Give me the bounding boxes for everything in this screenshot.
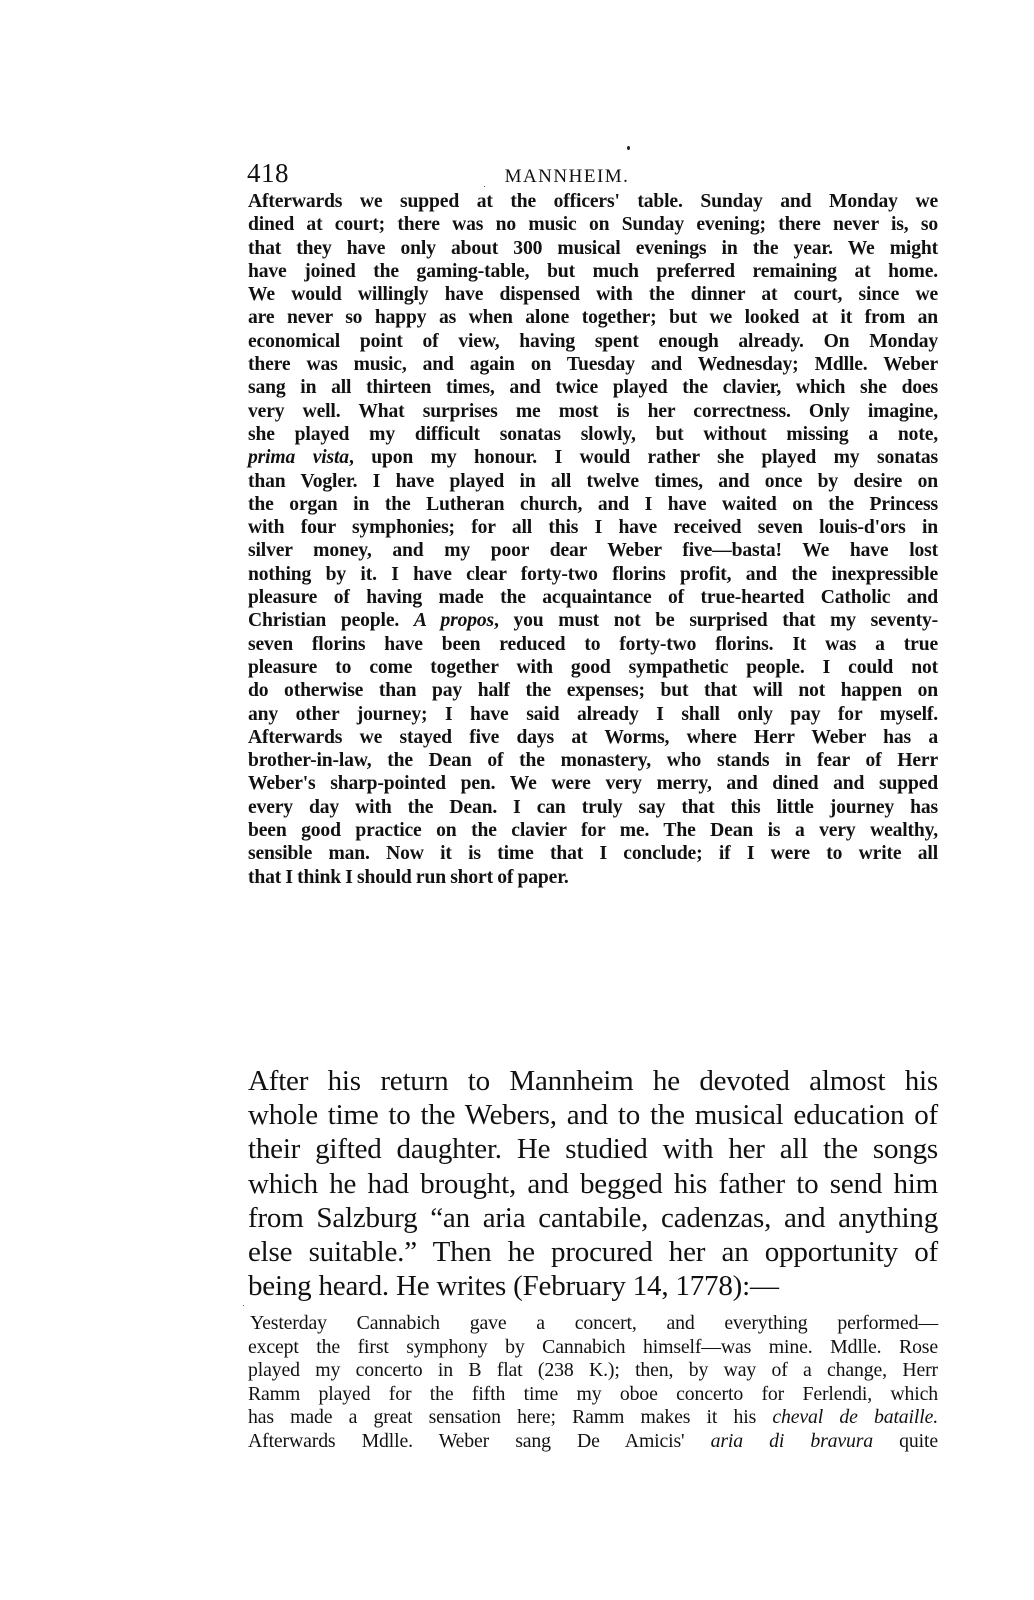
text-line: very well. What surprises me most is her… (248, 400, 938, 423)
text-line: We would willingly have dispensed with t… (248, 283, 938, 306)
text-line: After his return to Mannheim he devoted … (248, 1064, 938, 1098)
text-line: dined at court; there was no music on Su… (248, 213, 938, 236)
text-line: there was music, and again on Tuesday an… (248, 353, 938, 376)
text-line: pleasure to come together with good symp… (248, 656, 938, 679)
text-line: being heard. He writes (February 14, 177… (248, 1269, 938, 1303)
scan-speck (627, 146, 630, 150)
text-line: any other journey; I have said already I… (248, 703, 938, 726)
book-page: 418 MANNHEIM. Afterwards we supped at th… (0, 0, 1034, 1600)
text-line: Christian people. A propos, you must not… (248, 609, 938, 632)
text-line: sang in all thirteen times, and twice pl… (248, 376, 938, 399)
italic-phrase: cheval de bataille. (772, 1406, 938, 1428)
text-line: Ramm played for the fifth time my oboe c… (248, 1383, 938, 1407)
italic-phrase: aria di bravura (711, 1430, 873, 1452)
text-line: do otherwise than pay half the expenses;… (248, 679, 938, 702)
text-line: Yesterday Cannabich gave a concert, and … (248, 1312, 938, 1336)
italic-phrase: prima vista (248, 447, 349, 468)
text-line: sensible man. Now it is time that I conc… (248, 842, 938, 865)
running-head: MANNHEIM. (447, 166, 687, 188)
text-line: she played my difficult sonatas slowly, … (248, 423, 938, 446)
text-line: prima vista, upon my honour. I would rat… (248, 446, 938, 469)
text-line: that I think I should run short of paper… (248, 866, 938, 889)
page-number: 418 (247, 158, 289, 188)
italic-phrase: A propos (414, 610, 494, 631)
text-line: that they have only about 300 musical ev… (248, 237, 938, 260)
text-line: pleasure of having made the acquaintance… (248, 586, 938, 609)
text-line: seven florins have been reduced to forty… (248, 633, 938, 656)
text-line: every day with the Dean. I can truly say… (248, 796, 938, 819)
text-line: nothing by it. I have clear forty-two fl… (248, 563, 938, 586)
text-line: silver money, and my poor dear Weber fiv… (248, 539, 938, 562)
text-line: played my concerto in B flat (238 K.); t… (248, 1359, 938, 1383)
text-line: Afterwards Mdlle. Weber sang De Amicis' … (248, 1430, 938, 1454)
text-line: the organ in the Lutheran church, and I … (248, 493, 938, 516)
scan-speck (243, 1305, 244, 1306)
text-line: except the first symphony by Cannabich h… (248, 1336, 938, 1360)
text-run: , upon my honour. I would rather she pla… (349, 447, 938, 468)
text-line: brother-in-law, the Dean of the monaster… (248, 749, 938, 772)
text-run: , you must not be surprised that my seve… (494, 610, 938, 631)
text-line: with four symphonies; for all this I hav… (248, 516, 938, 539)
letter-excerpt-1: Afterwards we supped at the officers' ta… (248, 190, 938, 889)
text-line: whole time to the Webers, and to the mus… (248, 1098, 938, 1132)
text-line: than Vogler. I have played in all twelve… (248, 470, 938, 493)
text-line: been good practice on the clavier for me… (248, 819, 938, 842)
text-line: has made a great sensation here; Ramm ma… (248, 1406, 938, 1430)
narrative-paragraph: After his return to Mannheim he devoted … (248, 1064, 938, 1303)
text-run: has made a great sensation here; Ramm ma… (248, 1406, 772, 1428)
text-run: Christian people. (248, 610, 414, 631)
letter-excerpt-2: Yesterday Cannabich gave a concert, and … (248, 1312, 938, 1454)
text-run: Afterwards Mdlle. Weber sang De Amicis' (248, 1430, 711, 1452)
text-line: Weber's sharp-pointed pen. We were very … (248, 772, 938, 795)
text-line: Afterwards we supped at the officers' ta… (248, 190, 938, 213)
text-line: are never so happy as when alone togethe… (248, 306, 938, 329)
text-line: their gifted daughter. He studied with h… (248, 1132, 938, 1166)
text-line: economical point of view, having spent e… (248, 330, 938, 353)
text-line: have joined the gaming-table, but much p… (248, 260, 938, 283)
text-run: quite (873, 1430, 938, 1452)
text-line: which he had brought, and begged his fat… (248, 1167, 938, 1201)
text-line: else suitable.” Then he procured her an … (248, 1235, 938, 1269)
text-line: Afterwards we stayed five days at Worms,… (248, 726, 938, 749)
text-line: from Salzburg “an aria cantabile, cadenz… (248, 1201, 938, 1235)
